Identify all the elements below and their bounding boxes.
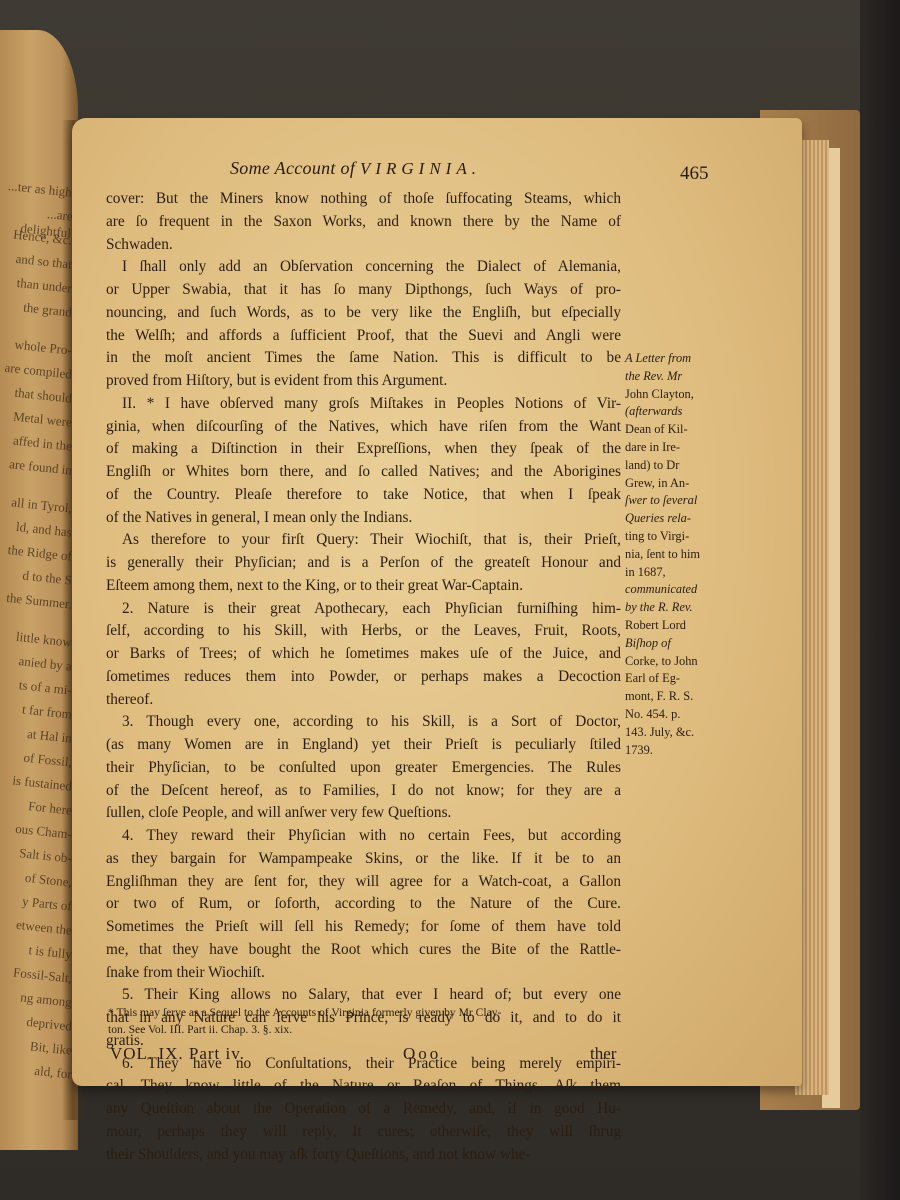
marginal-note-line: Dean of Kil- bbox=[625, 421, 707, 439]
text-line: ſullen, cloſe People, and will anſwer ve… bbox=[106, 802, 621, 825]
text-line: cal. They know little of the Nature or R… bbox=[106, 1075, 621, 1098]
marginal-note-line: land) to Dr bbox=[625, 457, 707, 475]
text-line: as they bargain for Wampampeake Skins, o… bbox=[106, 848, 621, 871]
footnote: * This may ſerve as a Sequel to the Acco… bbox=[108, 1004, 620, 1038]
text-line: the Welſh; and affords a ſufficient Proo… bbox=[106, 325, 621, 348]
marginal-note-line: (afterwards bbox=[625, 403, 707, 421]
text-line: 2. Nature is their great Apothecary, eac… bbox=[106, 598, 621, 621]
marginal-note-line: ting to Virgi- bbox=[625, 528, 707, 546]
text-line: proved from Hiſtory, but is evident from… bbox=[106, 370, 621, 393]
text-line: I ſhall only add an Obſervation concerni… bbox=[106, 256, 621, 279]
text-line: ſelf, according to his Skill, with Herbs… bbox=[106, 620, 621, 643]
marginal-note-line: communicated bbox=[625, 581, 707, 599]
text-line: or Upper Swabia, that it has ſo many Dip… bbox=[106, 279, 621, 302]
text-line: Sometimes the Prieſt will ſell his Remed… bbox=[106, 916, 621, 939]
text-line: nouncing, and ſuch Words, as to be very … bbox=[106, 302, 621, 325]
text-line: As therefore to your firſt Query: Their … bbox=[106, 529, 621, 552]
signature-mark: Ooo bbox=[403, 1044, 441, 1064]
marginal-note-line: Corke, to John bbox=[625, 653, 707, 671]
text-line: Eſteem among them, next to the King, or … bbox=[106, 575, 621, 598]
text-line: me, that they have bought the Root which… bbox=[106, 939, 621, 962]
text-line: ginia, when diſcourſing of the Natives, … bbox=[106, 416, 621, 439]
text-line: ſometimes reduces them into Powder, or p… bbox=[106, 666, 621, 689]
text-line: any Queſtion about the Operation of a Re… bbox=[106, 1098, 621, 1121]
volume-label: VOL. IX. Part iv. bbox=[110, 1044, 245, 1064]
marginal-note-line: the Rev. Mr bbox=[625, 368, 707, 386]
marginal-note-line: mont, F. R. S. bbox=[625, 688, 707, 706]
running-head: Some Account of VIRGINIA. bbox=[230, 158, 481, 179]
marginal-note-line: Biſhop of bbox=[625, 635, 707, 653]
text-line: of the Natives in general, I mean only t… bbox=[106, 507, 621, 530]
background-shadow bbox=[860, 0, 900, 1200]
text-line: of the Country. Pleaſe therefore to take… bbox=[106, 484, 621, 507]
text-line: or two of Rum, or ſoforth, according to … bbox=[106, 893, 621, 916]
marginal-note-line: A Letter from bbox=[625, 350, 707, 368]
marginal-note-line: No. 454. p. bbox=[625, 706, 707, 724]
text-line: of making a Diſtinction in their Expreſſ… bbox=[106, 438, 621, 461]
marginal-note-line: John Clayton, bbox=[625, 386, 707, 404]
marginal-note-line: Queries rela- bbox=[625, 510, 707, 528]
text-line: Engliſhman they are ſent for, they will … bbox=[106, 871, 621, 894]
text-line: their Shoulders, and you may aſk forty Q… bbox=[106, 1144, 621, 1167]
page-number: 465 bbox=[680, 163, 709, 185]
text-line: Schwaden. bbox=[106, 234, 621, 257]
marginal-note-line: ſwer to ſeveral bbox=[625, 492, 707, 510]
text-line: thereof. bbox=[106, 689, 621, 712]
marginal-note-line: Robert Lord bbox=[625, 617, 707, 635]
text-line: ſnake from their Wiochiſt. bbox=[106, 962, 621, 985]
marginal-note-line: nia, ſent to him bbox=[625, 546, 707, 564]
text-line: Engliſh or Whites born there, and ſo cal… bbox=[106, 461, 621, 484]
marginal-note-line: in 1687, bbox=[625, 564, 707, 582]
text-line: or Barks of Trees; of which he ſometimes… bbox=[106, 643, 621, 666]
marginal-note-line: by the R. Rev. bbox=[625, 599, 707, 617]
marginal-note-line: Earl of Eg- bbox=[625, 670, 707, 688]
text-line: is generally their Phyſician; and is a P… bbox=[106, 552, 621, 575]
marginal-note-line: Grew, in An- bbox=[625, 475, 707, 493]
text-line: are ſo frequent in the Saxon Works, and … bbox=[106, 211, 621, 234]
footnote-line: ton. See Vol. III. Part ii. Chap. 3. §. … bbox=[108, 1021, 620, 1038]
text-line: in the moſt ancient Times the ſame Natio… bbox=[106, 347, 621, 370]
text-line: cover: But the Miners know nothing of th… bbox=[106, 188, 621, 211]
text-line: (as many Women are in England) yet their… bbox=[106, 734, 621, 757]
marginal-note-line: dare in Ire- bbox=[625, 439, 707, 457]
catchword: ther bbox=[590, 1044, 616, 1064]
running-head-title: VIRGINIA. bbox=[360, 159, 481, 178]
text-line: 4. They reward their Phyſician with no c… bbox=[106, 825, 621, 848]
text-line: of the Deſcent hereof, as to Families, I… bbox=[106, 780, 621, 803]
text-line: II. * I have obſerved many groſs Miſtake… bbox=[106, 393, 621, 416]
text-line: mour, perhaps they will reply, It cures;… bbox=[106, 1121, 621, 1144]
footnote-line: * This may ſerve as a Sequel to the Acco… bbox=[108, 1004, 620, 1021]
marginal-note: A Letter fromthe Rev. MrJohn Clayton,(af… bbox=[625, 350, 707, 759]
text-line: 3. Though every one, according to his Sk… bbox=[106, 711, 621, 734]
text-line: their Phyſician, to be conſulted upon gr… bbox=[106, 757, 621, 780]
running-head-prefix: Some Account of bbox=[230, 158, 355, 178]
marginal-note-line: 1739. bbox=[625, 742, 707, 760]
marginal-note-line: 143. July, &c. bbox=[625, 724, 707, 742]
